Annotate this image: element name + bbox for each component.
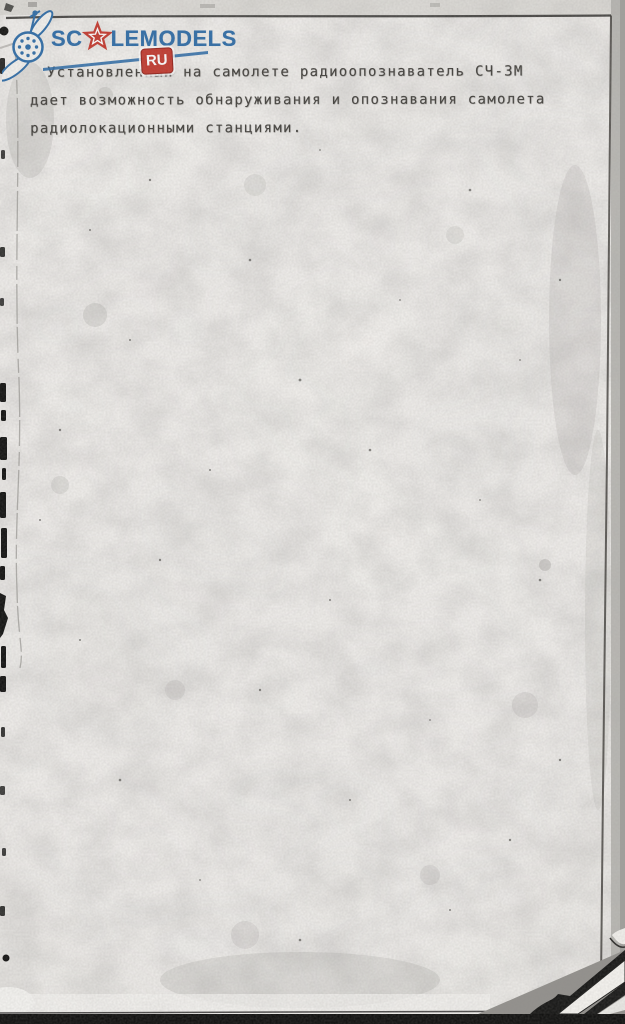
page-fold-bottom-right xyxy=(478,928,625,1014)
torn-edge-left xyxy=(0,58,10,962)
scan-artifacts xyxy=(0,0,625,1024)
star-icon xyxy=(81,20,114,57)
right-margin-band xyxy=(611,0,625,1014)
text-line: радиолокационными станциями. xyxy=(30,113,598,142)
scanned-page: Установленный на самолете радиоопознават… xyxy=(0,0,625,1024)
scalemodels-watermark: SC LEMODELS RU xyxy=(0,0,225,105)
bottom-edge-bar xyxy=(0,987,625,1024)
ru-badge: RU xyxy=(140,47,173,75)
right-border-line xyxy=(601,16,611,985)
film-grain-overlay xyxy=(0,0,625,1024)
paper-stains xyxy=(6,62,611,1008)
paper-blotch-noise xyxy=(0,0,625,1024)
brand-suffix: LEMODELS xyxy=(111,29,237,49)
brand-prefix: SC xyxy=(51,29,83,49)
propeller-hub-dots xyxy=(18,37,38,57)
ink-specks xyxy=(39,149,561,941)
